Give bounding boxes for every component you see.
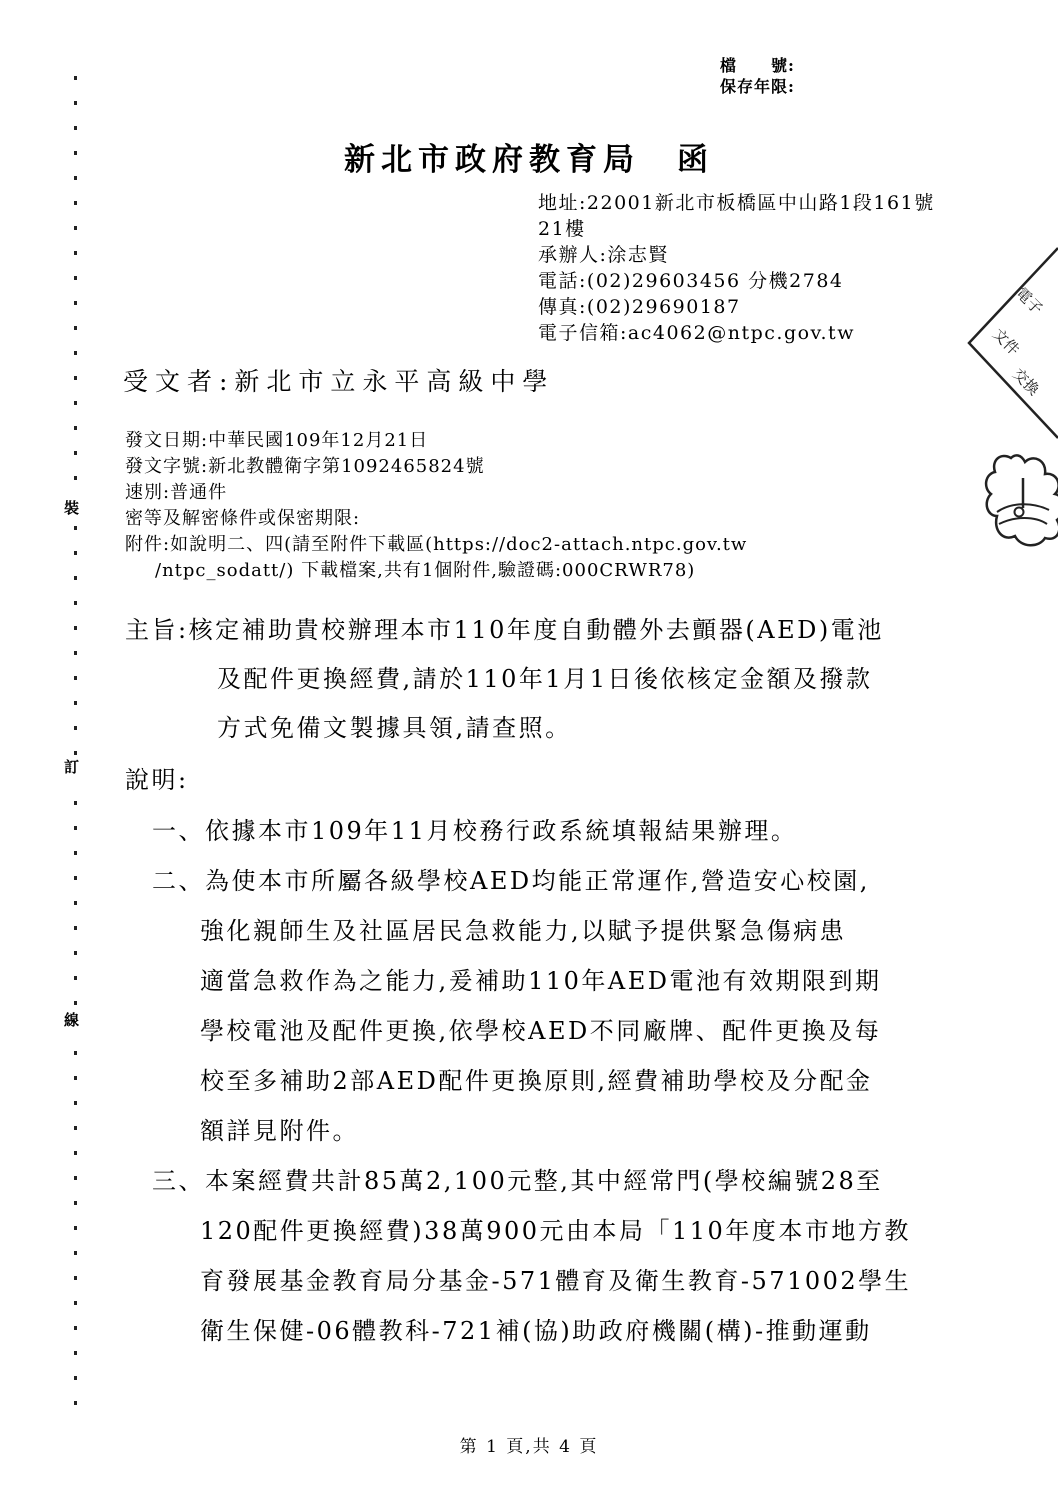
- sender-email: 電子信箱:ac4062@ntpc.gov.tw: [538, 320, 935, 346]
- binding-mark-ding: 訂: [62, 755, 81, 780]
- sender-phone: 電話:(02)29603456 分機2784: [538, 268, 935, 294]
- recipient-line: 受文者:新北市立永平高級中學: [123, 362, 554, 398]
- document-title: 新北市政府教育局 函: [0, 134, 1058, 179]
- sender-contact-block: 地址:22001新北市板橋區中山路1段161號 21樓 承辦人:涂志賢 電話:(…: [538, 190, 935, 346]
- file-number-block: 檔 號: 保存年限:: [720, 55, 795, 97]
- description-item-3-line: 衛生保健-06體教科-721補(協)助政府機關(構)-推動運動: [125, 1306, 975, 1356]
- subject-line: 方式免備文製據具領,請查照。: [125, 704, 965, 753]
- subject-line: 及配件更換經費,請於110年1月1日後依核定金額及撥款: [125, 655, 965, 704]
- description-item-1: 一、依據本市109年11月校務行政系統填報結果辦理。: [125, 806, 975, 856]
- retention-period-label: 保存年限:: [720, 76, 795, 97]
- binding-dotted-line: [74, 76, 77, 1421]
- description-item-3-line: 120配件更換經費)38萬900元由本局「110年度本市地方教: [125, 1206, 975, 1256]
- sender-contact-person: 承辦人:涂志賢: [538, 242, 935, 268]
- document-number-line: 發文字號:新北教體衛字第1092465824號: [125, 454, 747, 480]
- security-class-line: 密等及解密條件或保密期限:: [125, 506, 747, 532]
- exchange-stamp-text: 交換: [1009, 365, 1043, 399]
- official-letter-page: 檔 號: 保存年限: 新北市政府教育局 函 地址:22001新北市板橋區中山路1…: [0, 0, 1058, 1497]
- subject-line: 主旨:核定補助貴校辦理本市110年度自動體外去顫器(AED)電池: [125, 606, 965, 655]
- exchange-stamp-text: 電子: [1012, 284, 1046, 318]
- attachment-line-2: /ntpc_sodatt/) 下載檔案,共有1個附件,驗證碼:000CRWR78…: [125, 558, 747, 584]
- description-block: 一、依據本市109年11月校務行政系統填報結果辦理。 二、為使本市所屬各級學校A…: [125, 806, 975, 1356]
- electronic-exchange-stamp-icon: 電子 文件 交換: [963, 246, 1058, 441]
- footer-page-number: 第 1 頁,共 4 頁: [0, 1432, 1058, 1457]
- description-item-2-line: 強化親師生及社區居民急救能力,以賦予提供緊急傷病患: [125, 906, 975, 956]
- sender-fax: 傳真:(02)29690187: [538, 294, 935, 320]
- description-heading: 說明:: [125, 760, 189, 795]
- description-item-3-line: 育發展基金教育局分基金-571體育及衛生教育-571002學生: [125, 1256, 975, 1306]
- sender-address-line1: 地址:22001新北市板橋區中山路1段161號: [538, 190, 935, 216]
- speed-class-line: 速別:普通件: [125, 480, 747, 506]
- description-item-2-line: 學校電池及配件更換,依學校AED不同廠牌、配件更換及每: [125, 1006, 975, 1056]
- seal-stamp-icon: [983, 452, 1058, 552]
- description-item-2-line: 適當急救作為之能力,爰補助110年AED電池有效期限到期: [125, 956, 975, 1006]
- description-item-3: 三、本案經費共計85萬2,100元整,其中經常門(學校編號28至: [125, 1156, 975, 1206]
- attachment-line-1: 附件:如說明二、四(請至附件下載區(https://doc2-attach.nt…: [125, 532, 747, 558]
- description-item-2-line: 額詳見附件。: [125, 1106, 975, 1156]
- sender-address-line2: 21樓: [538, 216, 935, 242]
- issue-date-line: 發文日期:中華民國109年12月21日: [125, 428, 747, 454]
- description-item-2: 二、為使本市所屬各級學校AED均能正常運作,營造安心校園,: [125, 856, 975, 906]
- subject-block: 主旨:核定補助貴校辦理本市110年度自動體外去顫器(AED)電池 及配件更換經費…: [125, 606, 965, 753]
- binding-mark-xian: 線: [62, 1008, 81, 1033]
- file-number-label: 檔 號:: [720, 55, 795, 76]
- description-item-2-line: 校至多補助2部AED配件更換原則,經費補助學校及分配金: [125, 1056, 975, 1106]
- binding-mark-zhuang: 裝: [62, 496, 81, 521]
- document-meta-block: 發文日期:中華民國109年12月21日 發文字號:新北教體衛字第10924658…: [125, 428, 747, 584]
- exchange-stamp-text: 文件: [989, 325, 1023, 359]
